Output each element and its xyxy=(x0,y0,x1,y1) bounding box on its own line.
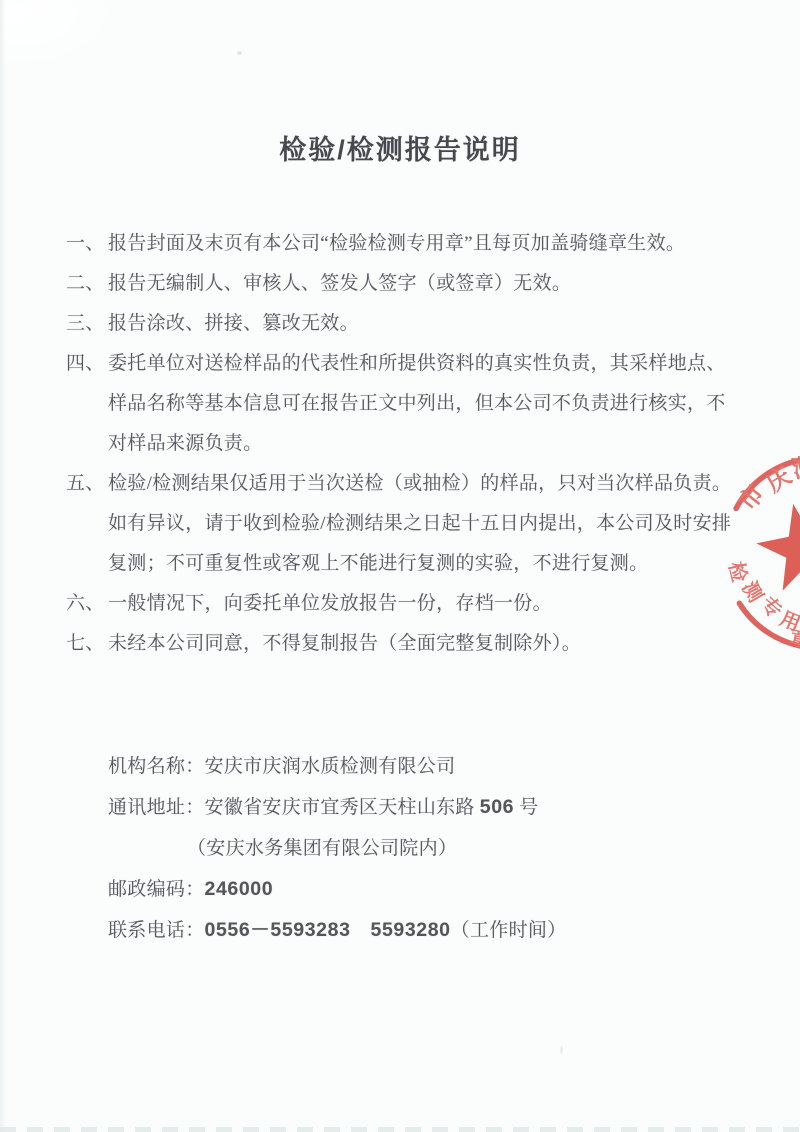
note-item-1: 一、报告封面及末页有本公司“检验检测专用章”且每页加盖骑缝章生效。 xyxy=(66,224,766,264)
scan-speck xyxy=(237,51,242,55)
org-name-value: 安庆市庆润水质检测有限公司 xyxy=(205,756,456,777)
address-suffix: 号 xyxy=(514,797,538,818)
note-item-7: 七、未经本公司同意，不得复制报告（全面完整复制除外）。 xyxy=(66,624,766,664)
notes-list: 一、报告封面及末页有本公司“检验检测专用章”且每页加盖骑缝章生效。 二、报告无编… xyxy=(66,224,766,664)
note-item-5: 五、检验/检测结果仅适用于当次送检（或抽检）的样品，只对当次样品负责。 如有异议… xyxy=(66,464,766,584)
item-number: 七、 xyxy=(66,624,108,664)
item-number: 一、 xyxy=(66,224,108,264)
item-number: 四、 xyxy=(66,344,108,384)
item-text: 报告无编制人、审核人、签发人签字（或签章）无效。 xyxy=(108,273,571,294)
note-item-4: 四、委托单位对送检样品的代表性和所提供资料的真实性负责，其采样地点、 样品名称等… xyxy=(66,344,766,464)
item-line: 五、检验/检测结果仅适用于当次送检（或抽检）的样品，只对当次样品负责。 xyxy=(66,464,766,504)
address-line: 通讯地址：安徽省安庆市宜秀区天柱山东路 506 号 xyxy=(108,787,566,828)
address-number: 506 xyxy=(480,796,514,818)
org-name-label: 机构名称： xyxy=(108,756,205,777)
scan-speck xyxy=(560,1046,563,1054)
note-item-6: 六、一般情况下，向委托单位发放报告一份，存档一份。 xyxy=(66,584,766,624)
phone-label: 联系电话： xyxy=(108,920,205,941)
item-number: 三、 xyxy=(66,304,108,344)
address-label: 通讯地址： xyxy=(108,797,205,818)
page-title: 检验/检测报告说明 xyxy=(0,128,800,167)
phone-note: （工作时间） xyxy=(451,920,567,941)
scan-left-edge xyxy=(0,0,6,1132)
item-text: 未经本公司同意，不得复制报告（全面完整复制除外）。 xyxy=(108,633,581,654)
postal-line: 邮政编码：246000 xyxy=(108,869,566,910)
postal-label: 邮政编码： xyxy=(108,879,205,900)
item-text: 委托单位对送检样品的代表性和所提供资料的真实性负责，其采样地点、 xyxy=(108,353,726,374)
org-name-line: 机构名称：安庆市庆润水质检测有限公司 xyxy=(108,746,566,787)
contact-block: 机构名称：安庆市庆润水质检测有限公司 通讯地址：安徽省安庆市宜秀区天柱山东路 5… xyxy=(108,746,566,951)
item-text: 报告封面及末页有本公司“检验检测专用章”且每页加盖骑缝章生效。 xyxy=(108,233,685,254)
item-number: 五、 xyxy=(66,464,108,504)
item-line: 复测；不可重复性或客观上不能进行复测的实验，不进行复测。 xyxy=(108,544,766,584)
phone-number-2: 5593280 xyxy=(371,919,451,941)
scan-bottom-edge-artifact xyxy=(0,1127,800,1132)
seal-ring-char: 市 xyxy=(734,480,770,516)
company-seal: 市 庆 润 检 测 专 用 章 xyxy=(705,435,800,675)
scan-corner-light xyxy=(0,0,120,70)
postal-value: 246000 xyxy=(205,878,274,900)
note-item-2: 二、报告无编制人、审核人、签发人签字（或签章）无效。 xyxy=(66,264,766,304)
item-line: 四、委托单位对送检样品的代表性和所提供资料的真实性负责，其采样地点、 xyxy=(66,344,766,384)
seal-bottom-char: 检 xyxy=(724,559,752,585)
document-page: 检验/检测报告说明 一、报告封面及末页有本公司“检验检测专用章”且每页加盖骑缝章… xyxy=(0,0,800,1132)
item-line: 对样品来源负责。 xyxy=(108,424,766,464)
item-line: 如有异议，请于收到检验/检测结果之日起十五日内提出，本公司及时安排 xyxy=(108,504,766,544)
phone-line: 联系电话：0556－55932835593280（工作时间） xyxy=(108,910,566,951)
note-item-3: 三、报告涂改、拼接、篡改无效。 xyxy=(66,304,766,344)
item-text: 检验/检测结果仅适用于当次送检（或抽检）的样品，只对当次样品负责。 xyxy=(108,473,731,494)
star-icon xyxy=(756,504,800,591)
item-number: 六、 xyxy=(66,584,108,624)
item-number: 二、 xyxy=(66,264,108,304)
item-line: 样品名称等基本信息可在报告正文中列出，但本公司不负责进行核实，不 xyxy=(108,384,766,424)
address-note-line: （安庆水务集团有限公司院内） xyxy=(187,828,566,869)
phone-number-1: 0556－5593283 xyxy=(205,919,351,941)
item-text: 一般情况下，向委托单位发放报告一份，存档一份。 xyxy=(108,593,552,614)
item-text: 报告涂改、拼接、篡改无效。 xyxy=(108,313,359,334)
address-value: 安徽省安庆市宜秀区天柱山东路 xyxy=(205,797,480,818)
